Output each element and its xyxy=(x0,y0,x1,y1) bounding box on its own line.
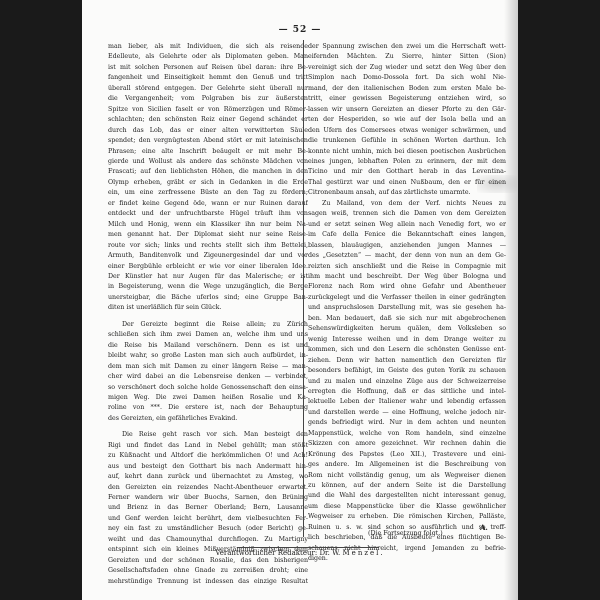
text-line: Zu Mailand, von dem der Verf. nichts Neu… xyxy=(308,199,506,209)
editor-credit: Verantwortlicher Redakteur: Dr. W. Menze… xyxy=(82,549,518,557)
text-line: und anspruchslosen Darstellung mit, was … xyxy=(308,303,506,313)
text-line: man lieber, als mit Individuen, die sich… xyxy=(108,42,308,52)
text-line: überall störend entgegen. Der Gelehrte s… xyxy=(108,84,308,94)
text-line: tritt, einer gewissen Begeisterung entzi… xyxy=(308,94,506,104)
text-line: ben. Man bedauert, daß sie sich nur mit … xyxy=(308,314,506,324)
text-line: lassen wir unsern Gereizten an dieser Pf… xyxy=(308,105,506,115)
text-line: Krönung des Papstes (Leo XII.), Trasteve… xyxy=(308,450,506,460)
text-line: Die Reise geht rasch vor sich. Man beste… xyxy=(108,430,308,440)
text-line: bleibt wahr, so große Lasten man sich au… xyxy=(108,351,308,361)
text-line: Armuth, Banditenvolk und Zigeunergesinde… xyxy=(108,251,308,261)
text-line: kommen, sich und den Lesern die schönste… xyxy=(308,345,506,355)
left-column: man lieber, als mit Individuen, die sich… xyxy=(108,42,308,587)
text-line: fangenheit und Einseitigkeit hemmt den G… xyxy=(108,73,308,83)
text-line: Rigi und findet das Land in Nebel gehüll… xyxy=(108,441,308,451)
text-line: Thal gestürzt war und einen Nußbaum, den… xyxy=(308,178,506,188)
text-line: den Gereizten ein reizendes Nacht-Abenth… xyxy=(108,483,308,493)
text-line: so verschönert doch solche holde Genosse… xyxy=(108,383,308,393)
author-signature: A. xyxy=(480,523,488,532)
text-line: Sehenswürdigkeiten herum quälen, dem Vol… xyxy=(308,324,506,334)
text-line: vereinigt sich der Zug wieder und setzt … xyxy=(308,63,506,73)
text-line: weiht und das Chamounythal durchflogen. … xyxy=(108,535,308,545)
text-line: schließen sich ihm zwei Damen an, welche… xyxy=(108,330,308,340)
text-line: zurückgelegt und die Verfasser theilen i… xyxy=(308,293,506,303)
newspaper-page: — 52 — man lieber, als mit Individuen, d… xyxy=(82,0,518,600)
text-line: route vor sich; links und rechts stellt … xyxy=(108,241,308,251)
text-line: und er setzt seinen Weg allein nach Vene… xyxy=(308,220,506,230)
text-line: dem man sich mit Damen zu einer längern … xyxy=(108,362,308,372)
text-line: besonders befähigt, im Geiste des guten … xyxy=(308,366,506,376)
text-line: des „Gesetzten“ — macht, der denn von nu… xyxy=(308,251,506,261)
text-line: cher wird dabei an die Lebensreise denke… xyxy=(108,372,308,382)
text-line: Frascati; auf den lieblichsten Höhen, di… xyxy=(108,167,308,177)
text-line: Simplon nach Domo-Dossola fort. Da sich … xyxy=(308,73,506,83)
text-line: men genannt hat. Der Diplomat sieht nur … xyxy=(108,230,308,240)
text-line: in Begeisterung, wenn die Wege unzugängl… xyxy=(108,282,308,292)
text-line: Ticino und mir den Gotthart herab in das… xyxy=(308,167,506,177)
editor-label: Verantwortlicher Redakteur: Dr. W. xyxy=(215,549,340,557)
text-line: sagen weiß, trennen sich die Damen von d… xyxy=(308,209,506,219)
text-line: Rom nicht vollständig genug, um als Wegw… xyxy=(308,471,506,481)
text-line: ein, um eine zerfressene Büste an den Ta… xyxy=(108,188,308,198)
page-edge-shadow xyxy=(504,0,518,600)
text-line: und Genf werden leicht berührt, dem viel… xyxy=(108,514,308,524)
text-line: diten ist unerläßlich für sein Glück. xyxy=(108,303,308,313)
text-line: auf, kehrt dann zurück und übernachtet z… xyxy=(108,472,308,482)
text-line: die Reise bis Mailand verschönern. Denn … xyxy=(108,341,308,351)
text-line: zu Küßnacht und Altdorf die herkömmliche… xyxy=(108,451,308,461)
text-line: Florenz nach Rom wird ohne Gefahr und Ab… xyxy=(308,282,506,292)
right-column: der Spannung zwischen den zwei um die He… xyxy=(308,42,506,565)
text-line: Wegweiser zu erheben. Die römischen Kirc… xyxy=(308,512,506,522)
text-line: ihm macht und beschreibt. Der Weg über B… xyxy=(308,272,506,282)
text-line: Skizzen con amore gezeichnet. Wir rechne… xyxy=(308,439,506,449)
text-line: Der Gereizte beginnt die Reise allein; z… xyxy=(108,320,308,330)
text-line: Olymp erheben, gräbt er sich in Gedanken… xyxy=(108,178,308,188)
page-number: — 52 — xyxy=(82,25,518,35)
text-line: im Cafe della Fenice die Bekanntschaft e… xyxy=(308,230,506,240)
text-line: durch das Lob, das er einer alten verwit… xyxy=(108,126,308,136)
editor-name: Menzel. xyxy=(343,549,385,557)
text-line: spendet; den vergnügtesten Abend stört e… xyxy=(108,136,308,146)
text-line: und darstellen werde — eine Hoffnung, we… xyxy=(308,408,506,418)
text-line: ges andere. Im Allgemeinen ist die Besch… xyxy=(308,460,506,470)
text-line: migen Weg. Die zwei Damen heißen Rosalie… xyxy=(108,393,308,403)
continued-note: (Die Fortsetzung folgt.) xyxy=(368,530,443,537)
text-line: einer Bergbühle erbleicht er wie vor ein… xyxy=(108,262,308,272)
text-line: mand, der den italienischen Boden zum er… xyxy=(308,84,506,94)
text-line: eines jungen, lebhaften Polen zu erinner… xyxy=(308,157,506,167)
text-line: Gereizten und der schönen Rosalie, das d… xyxy=(108,556,308,566)
text-line: lektuelle Leben der Italiener wahr und l… xyxy=(308,397,506,407)
text-line: gends befriedigt wird. Nur in dem achten… xyxy=(308,418,506,428)
text-line: ist mit solchen Personen auf Reisen übel… xyxy=(108,63,308,73)
text-line: des Gereizten, ein gefährliches Evakind. xyxy=(108,414,308,424)
text-line: Phrasen; eine alte Inschrift beäugelt er… xyxy=(108,147,308,157)
text-line: und zu malen und einzelne Züge aus der S… xyxy=(308,377,506,387)
text-line: konnte nicht umhin, mich bei diesen poet… xyxy=(308,147,506,157)
text-line: entdeckt und der unfruchtbarste Hügel tr… xyxy=(108,209,308,219)
text-line: der Spannung zwischen den zwei um die He… xyxy=(308,42,506,52)
text-line: blassen, blauäugigen, anziehenden jungen… xyxy=(308,241,506,251)
text-line: Der Künstler hat nur Augen für das Maler… xyxy=(108,272,308,282)
text-line: eifernden Mächten. Zu Sierre, hinter Sit… xyxy=(308,52,506,62)
text-line: die trunkenen Gefühle in schönen Worten … xyxy=(308,136,506,146)
text-line: erregten die Hoffnung, daß er das sittli… xyxy=(308,387,506,397)
text-line: ney ein fast zu umständlicher Besuch (od… xyxy=(108,524,308,534)
text-line: aus und besteigt den Gotthart bis nach A… xyxy=(108,462,308,472)
text-line: ziehen. Denn wir hatten namentlich den G… xyxy=(308,356,506,366)
text-line: und Brienz in das Berner Oberland; Bern,… xyxy=(108,503,308,513)
text-line: um diese Mappenstücke über die Klasse ge… xyxy=(308,502,506,512)
text-line: Edelleute, als Gelehrte oder als Diploma… xyxy=(108,52,308,62)
text-line: roline von ***. Die erstere ist, nach de… xyxy=(108,403,308,413)
text-line: er findet keine Gegend öde, wann er nur … xyxy=(108,199,308,209)
text-line: Citronenbaum ansah, auf das zärtlichste … xyxy=(308,188,506,198)
text-line: zu können, auf der andern Seite ist die … xyxy=(308,481,506,491)
text-line: den Ufern des Comersees etwas weniger sc… xyxy=(308,126,506,136)
text-line: gierde und Wollust als andere das schöns… xyxy=(108,157,308,167)
text-line: Gesellschaftsfaden ohne Gnade zu zerreiß… xyxy=(108,566,308,576)
text-line: mehrstündige Trennung ist indessen das e… xyxy=(108,577,308,587)
text-line: ten der Hesperiden, so wie auf der Isola… xyxy=(308,115,506,125)
text-line: unersteigbar, die Bäche uferlos sind; ei… xyxy=(108,293,308,303)
text-line: Milch und Honig, wenn ein Klassiker ihn … xyxy=(108,220,308,230)
text-line: Spitze von Sicilien faselt er von Römerz… xyxy=(108,105,308,115)
text-line: die Vergangenheit; vom Polgraben bis zur… xyxy=(108,94,308,104)
text-line: wenig Interesse weihen und in dem Drange… xyxy=(308,335,506,345)
text-line: Ferner wandern wir über Buochs, Sarnen, … xyxy=(108,493,308,503)
text-line: und die Wahl des dargestellten nicht int… xyxy=(308,491,506,501)
footer-rule xyxy=(237,547,379,548)
text-line: Mappenstück, welche von Rom handeln, sin… xyxy=(308,429,506,439)
text-line: reizten sich anschließt und die Reise in… xyxy=(308,262,506,272)
column-divider xyxy=(303,40,304,537)
text-line: schlachten; den schönsten Reiz einer Geg… xyxy=(108,115,308,125)
